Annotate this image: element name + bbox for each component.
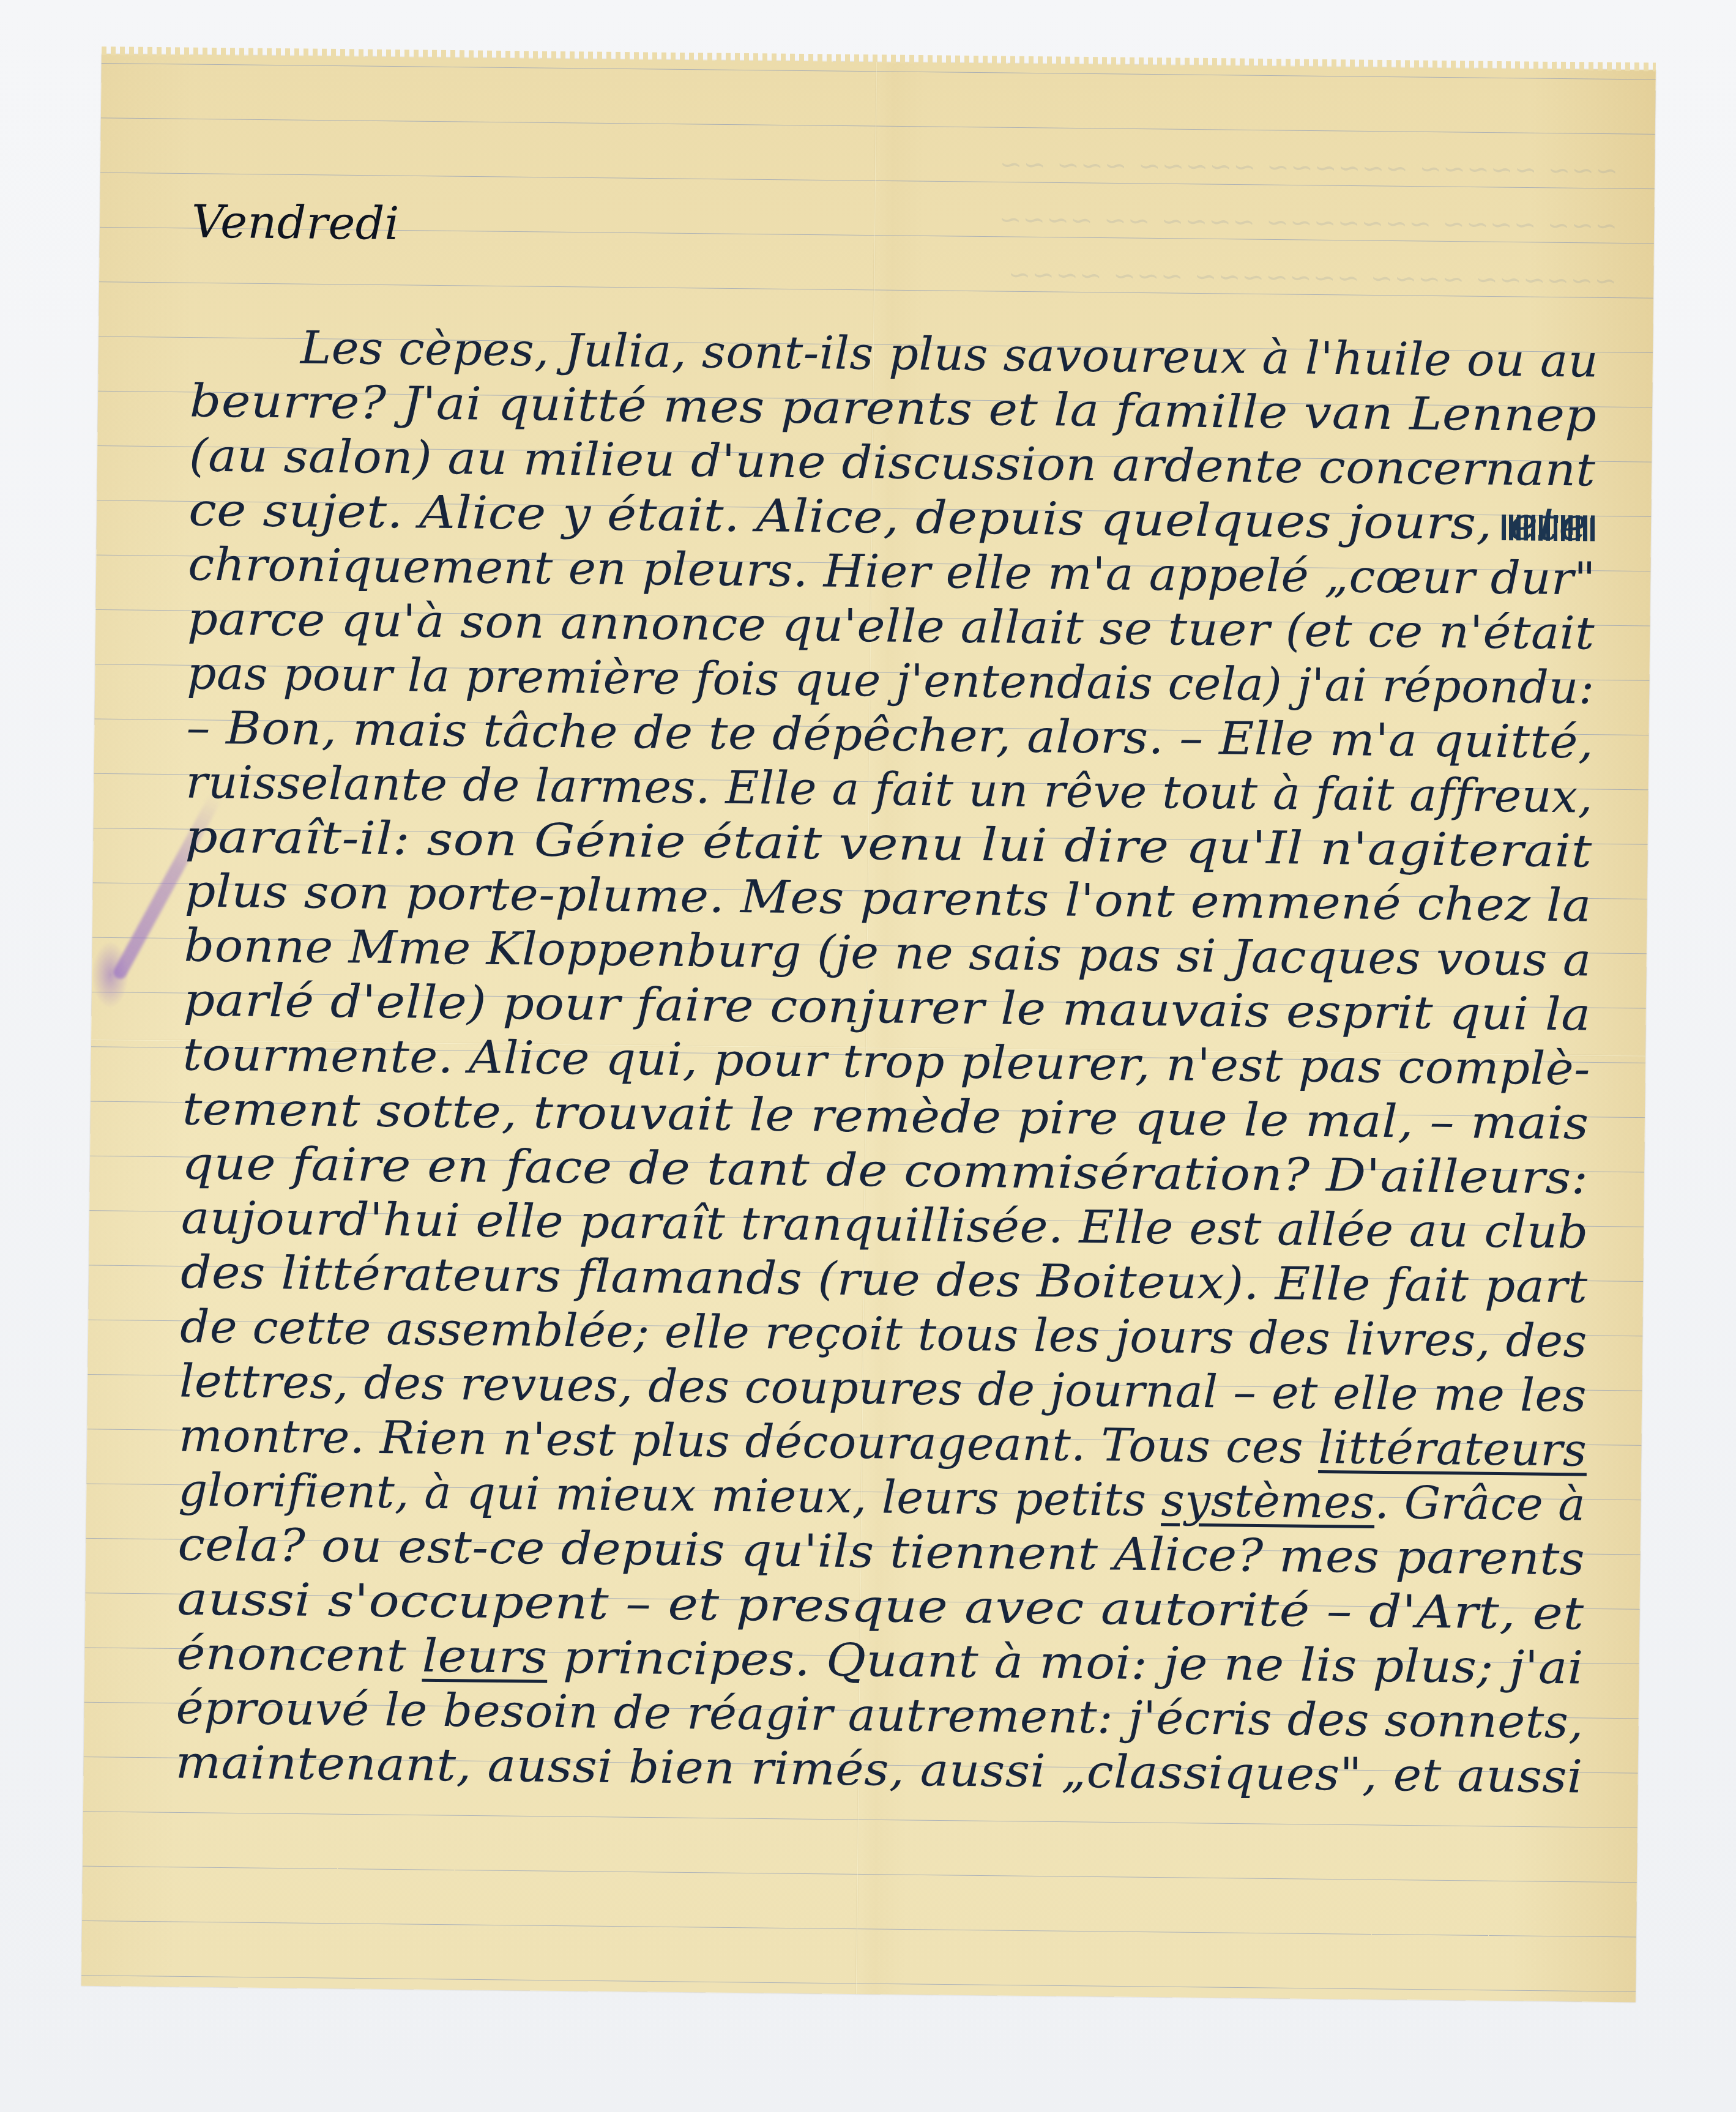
letter-line: maintenant, aussi bien rimés, aussi „cla…: [175, 1739, 1583, 1799]
letter-line: (au salon) au milieu d'une discussion ar…: [189, 433, 1596, 493]
letter-line: parce qu'à son annonce qu'elle allait se…: [187, 597, 1595, 656]
letter-line-text: . Grâce à: [1374, 1476, 1586, 1531]
letter-sheet: ~~~ ~~~~~ ~~~~~~ ~~~~~ ~~~ ~~ ~~~ ~~~~ ~…: [81, 54, 1656, 2002]
letter-line: que faire en face de tant de commisérati…: [182, 1140, 1589, 1200]
letter-line: éprouvé le besoin de réagir autrement: j…: [176, 1685, 1584, 1745]
underlined-word: systèmes: [1161, 1474, 1375, 1529]
letter-heading: Vendredi: [192, 199, 400, 247]
letter-line: parlé d'elle) pour faire conjurer le mau…: [183, 977, 1591, 1037]
letter-line-text: énoncent: [176, 1627, 422, 1682]
letter-line: – Bon, mais tâche de te dépêcher, alors.…: [186, 705, 1594, 765]
letter-line-text: montre. Rien n'est plus décourageant. To…: [179, 1409, 1319, 1473]
letter-line-text: glorifient, à qui mieux mieux, leurs pet…: [178, 1463, 1161, 1526]
letter-line: aussi s'occupent – et presque avec autor…: [177, 1576, 1584, 1636]
letter-line: plus son porte-plume. Mes parents l'ont …: [184, 868, 1592, 928]
letter-line: montre. Rien n'est plus décourageant. To…: [179, 1413, 1587, 1473]
letter-line: des littérateurs flamands (rue des Boite…: [181, 1249, 1588, 1309]
letter-line: tement sotte, trouvait le remède pire qu…: [182, 1086, 1589, 1146]
struck-out-word: ete: [1508, 501, 1589, 547]
underlined-word: littérateurs: [1318, 1421, 1587, 1477]
letter-line: glorifient, à qui mieux mieux, leurs pet…: [178, 1467, 1586, 1527]
letter-line: aujourd'hui elle paraît tranquillisée. E…: [181, 1195, 1589, 1255]
letter-line-text: principes. Quant à moi: je ne lis plus; …: [547, 1631, 1584, 1695]
letter-line: paraît-il: son Génie était venu lui dire…: [185, 814, 1592, 874]
letter-line: ruisselante de larmes. Elle a fait un rê…: [185, 760, 1593, 820]
letter-line: de cette assemblée; elle reçoit tous les…: [180, 1304, 1587, 1364]
letter-body: Vendredi Les cèpes, Julia, sont-ils plus…: [81, 54, 1656, 2002]
letter-line: Les cèpes, Julia, sont-ils plus savoureu…: [300, 325, 1599, 384]
underlined-word: leurs: [422, 1630, 548, 1684]
letter-line: tourmente. Alice qui, pour trop pleurer,…: [182, 1032, 1590, 1091]
letter-line: ce sujet. Alice y était. Alice, depuis q…: [188, 488, 1589, 548]
letter-line: lettres, des revues, des coupures de jou…: [179, 1358, 1587, 1418]
letter-line: pas pour la première fois que j'entendai…: [187, 651, 1595, 711]
letter-line: chroniquement en pleurs. Hier elle m'a a…: [188, 542, 1596, 602]
letter-line: bonne Mme Kloppenburg (je ne sais pas si…: [184, 923, 1592, 983]
letter-line: énoncent leurs principes. Quant à moi: j…: [176, 1630, 1584, 1690]
letter-line: cela? ou est-ce depuis qu'ils tiennent A…: [177, 1522, 1585, 1582]
letter-line: beurre? J'ai quitté mes parents et la fa…: [190, 379, 1597, 439]
